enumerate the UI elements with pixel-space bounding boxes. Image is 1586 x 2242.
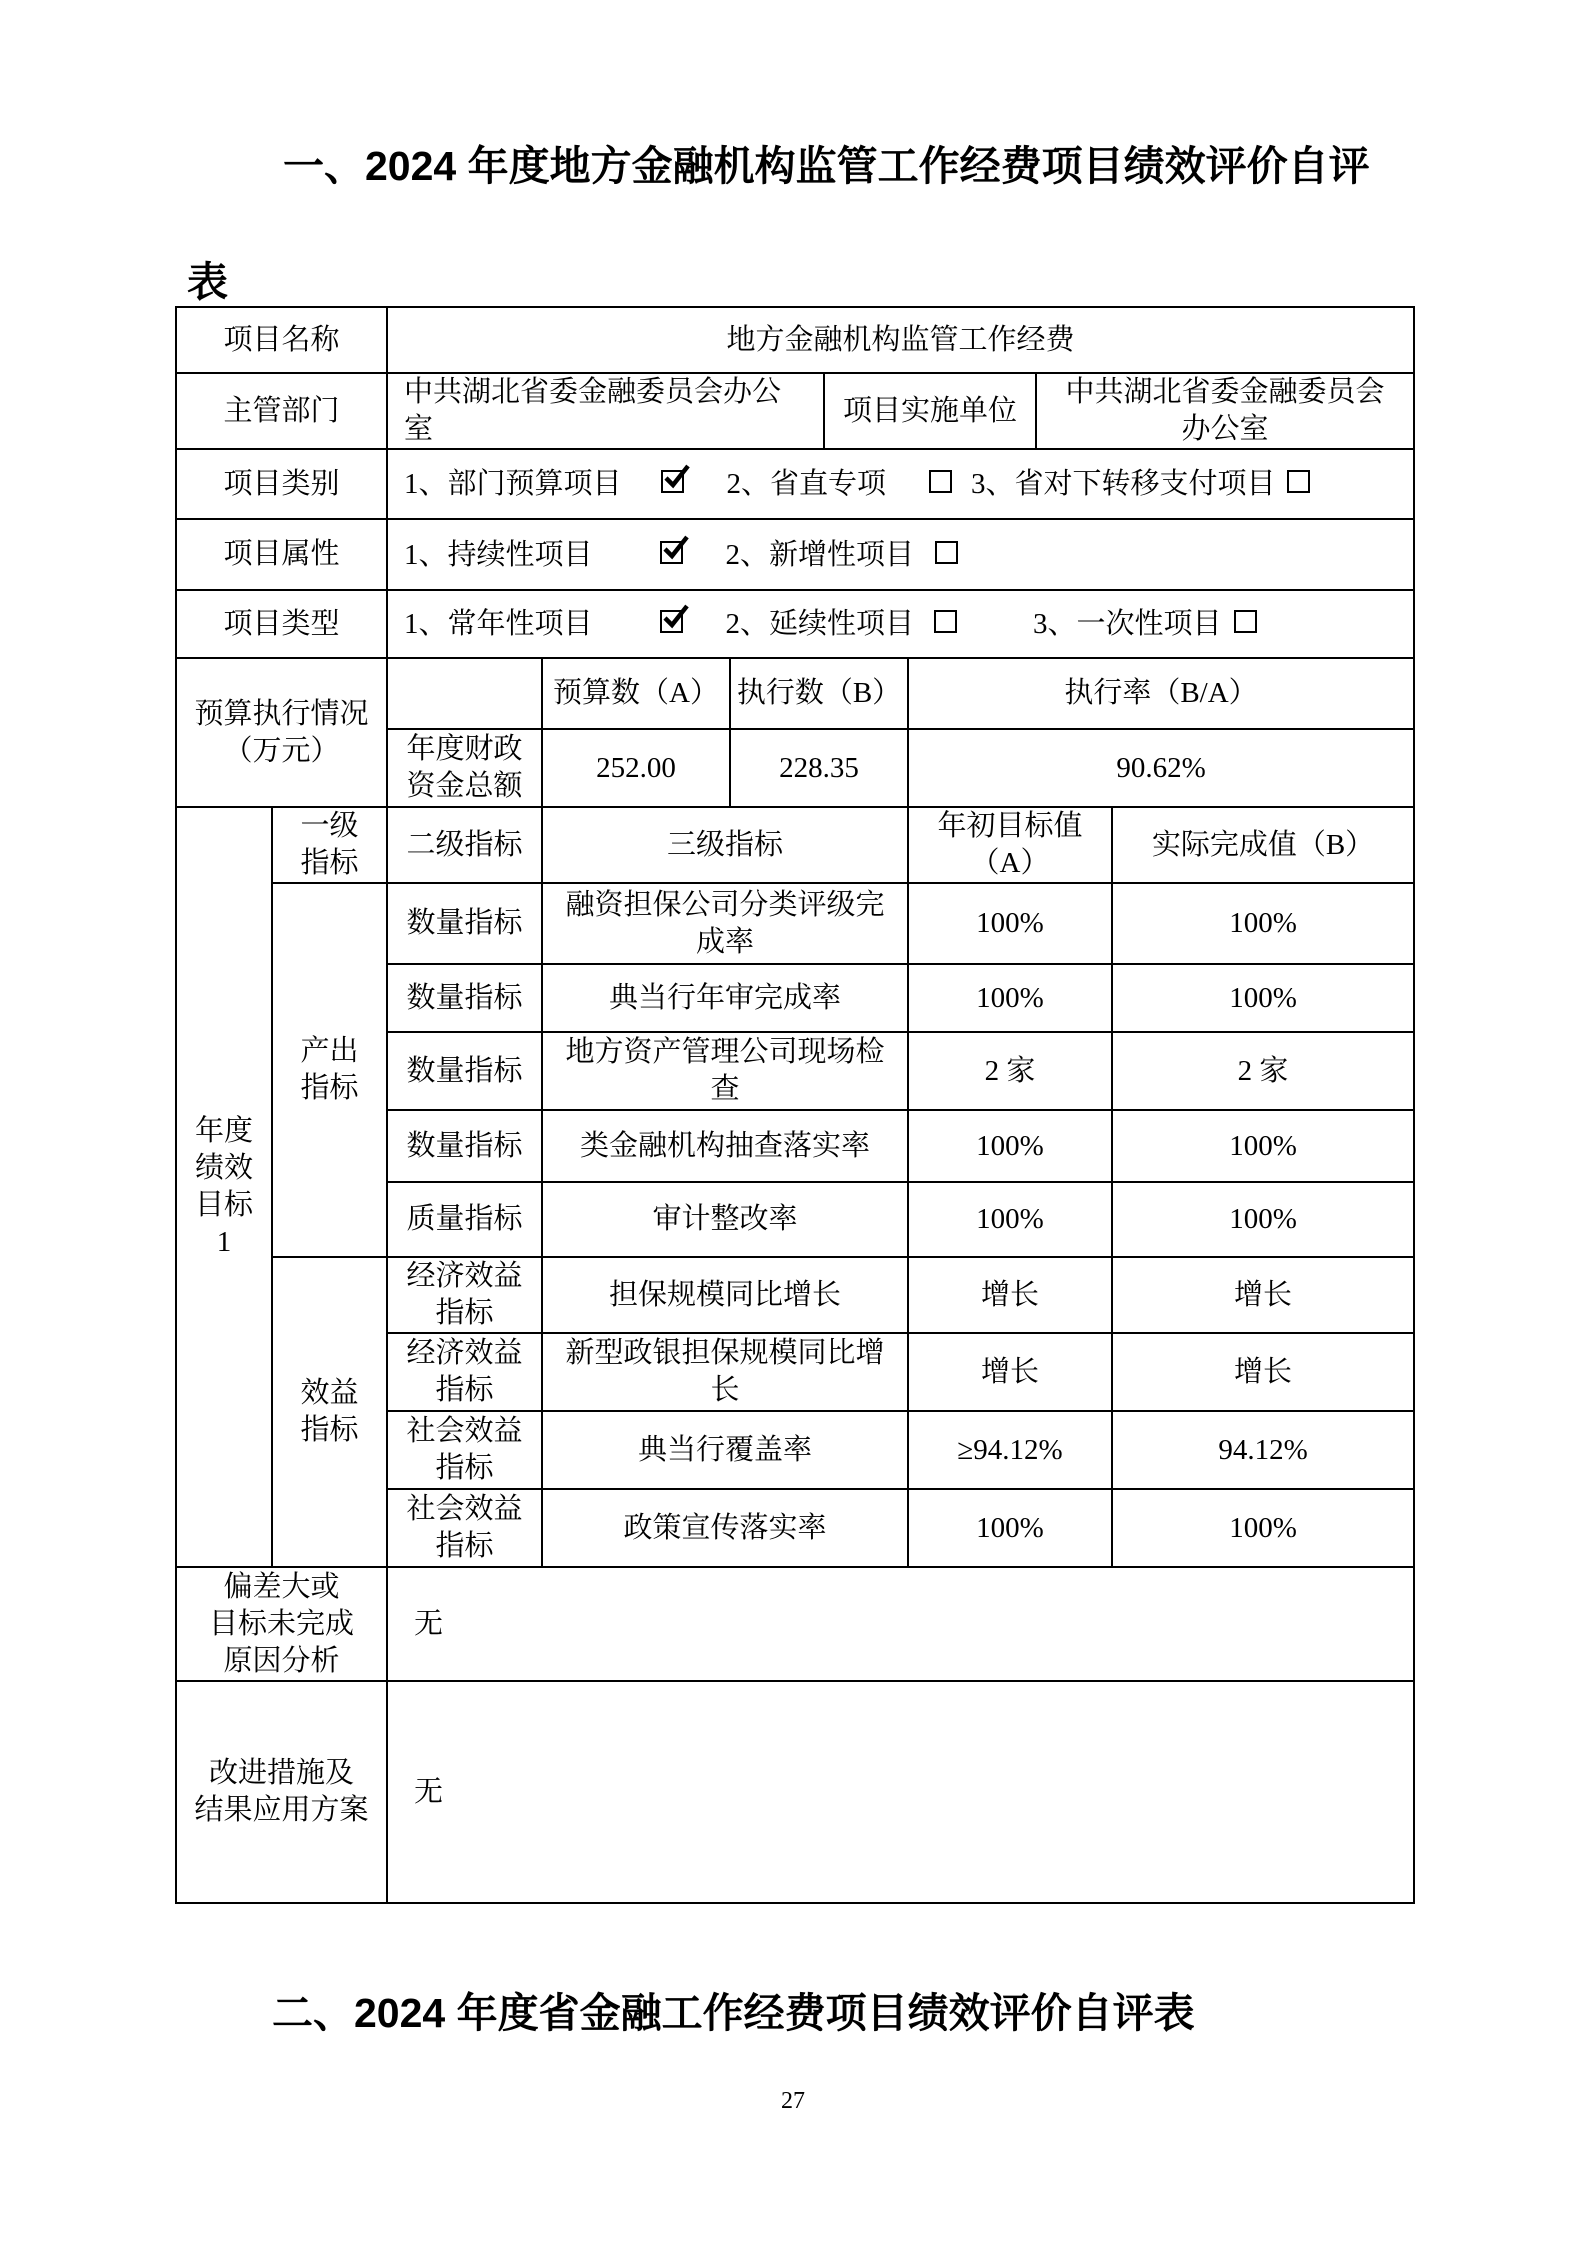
output-indicator-group: 产出 指标 xyxy=(272,883,387,1257)
indicator-l3: 融资担保公司分类评级完 成率 xyxy=(542,883,908,964)
improvement-value: 无 xyxy=(387,1681,1414,1903)
table-row: 年度 绩效 目标 1 一级 指标 二级指标 三级指标 年初目标值 （A） 实际完… xyxy=(176,807,1414,883)
indicator-l2: 数量指标 xyxy=(387,964,542,1032)
indicator-actual: 100% xyxy=(1112,1110,1414,1182)
option-label: 2、新增性项目 xyxy=(726,537,915,574)
indicator-actual: 100% xyxy=(1112,1489,1414,1567)
indicator-l3: 地方资产管理公司现场检 查 xyxy=(542,1032,908,1110)
table-row: 主管部门 中共湖北省委金融委员会办公 室 项目实施单位 中共湖北省委金融委员会 … xyxy=(176,373,1414,449)
indicator-l2: 质量指标 xyxy=(387,1182,542,1257)
project-type-label: 项目类型 xyxy=(176,590,387,658)
target-value-header: 年初目标值 （A） xyxy=(908,807,1112,883)
indicator-l3: 审计整改率 xyxy=(542,1182,908,1257)
checkbox-continuous-project[interactable] xyxy=(660,541,683,564)
indicator-l2: 数量指标 xyxy=(387,1032,542,1110)
indicator-actual: 增长 xyxy=(1112,1333,1414,1411)
indicator-target: 增长 xyxy=(908,1333,1112,1411)
deviation-value: 无 xyxy=(387,1567,1414,1681)
actual-value-header: 实际完成值（B） xyxy=(1112,807,1414,883)
competent-dept-label: 主管部门 xyxy=(176,373,387,449)
project-category-options: 1、部门预算项目2、省直专项3、省对下转移支付项目 xyxy=(387,449,1414,519)
performance-evaluation-table: 项目名称 地方金融机构监管工作经费 主管部门 中共湖北省委金融委员会办公 室 项… xyxy=(175,306,1415,1904)
table-row: 效益 指标 经济效益 指标 担保规模同比增长 增长 增长 xyxy=(176,1257,1414,1333)
indicator-l2: 数量指标 xyxy=(387,1110,542,1182)
project-type-options: 1、常年性项目2、延续性项目3、一次性项目 xyxy=(387,590,1414,658)
indicator-l3: 类金融机构抽查落实率 xyxy=(542,1110,908,1182)
table-row: 预算执行情况 （万元） 预算数（A） 执行数（B） 执行率（B/A） xyxy=(176,658,1414,729)
indicator-target: ≥94.12% xyxy=(908,1411,1112,1489)
indicator-actual: 2 家 xyxy=(1112,1032,1414,1110)
budget-rate-header: 执行率（B/A） xyxy=(908,658,1414,729)
table-row: 产出 指标 数量指标 融资担保公司分类评级完 成率 100% 100% xyxy=(176,883,1414,964)
indicator-l3: 政策宣传落实率 xyxy=(542,1489,908,1567)
budget-section-label: 预算执行情况 （万元） xyxy=(176,658,387,807)
indicator-actual: 100% xyxy=(1112,1182,1414,1257)
indicator-actual: 100% xyxy=(1112,964,1414,1032)
option-label: 1、持续性项目 xyxy=(404,537,593,574)
option-label: 1、部门预算项目 xyxy=(404,466,622,503)
indicator-target: 100% xyxy=(908,883,1112,964)
indicator-target: 100% xyxy=(908,1489,1112,1567)
page-number: 27 xyxy=(0,2088,1586,2115)
option-label: 1、常年性项目 xyxy=(404,606,593,643)
project-name-value: 地方金融机构监管工作经费 xyxy=(387,307,1414,373)
table-row: 项目名称 地方金融机构监管工作经费 xyxy=(176,307,1414,373)
option-label: 3、省对下转移支付项目 xyxy=(971,466,1276,503)
budget-amount-a: 252.00 xyxy=(542,729,730,807)
indicator-l2: 社会效益 指标 xyxy=(387,1489,542,1567)
indicator-l2: 经济效益 指标 xyxy=(387,1333,542,1411)
checkbox-budget-project[interactable] xyxy=(661,470,684,493)
checkbox-one-time-project[interactable] xyxy=(1234,610,1257,633)
budget-empty-cell xyxy=(387,658,542,729)
indicator-l2: 社会效益 指标 xyxy=(387,1411,542,1489)
table-row: 项目类别 1、部门预算项目2、省直专项3、省对下转移支付项目 xyxy=(176,449,1414,519)
budget-col-b-header: 执行数（B） xyxy=(730,658,908,729)
indicator-target: 100% xyxy=(908,964,1112,1032)
project-category-label: 项目类别 xyxy=(176,449,387,519)
deviation-label: 偏差大或 目标未完成 原因分析 xyxy=(176,1567,387,1681)
option-label: 2、省直专项 xyxy=(727,466,887,503)
indicator-l3: 担保规模同比增长 xyxy=(542,1257,908,1333)
benefit-indicator-group: 效益 指标 xyxy=(272,1257,387,1567)
project-name-label: 项目名称 xyxy=(176,307,387,373)
checkbox-continuation-project[interactable] xyxy=(934,610,957,633)
project-attribute-label: 项目属性 xyxy=(176,519,387,590)
checkbox-transfer-payment[interactable] xyxy=(1287,470,1310,493)
option-label: 2、延续性项目 xyxy=(726,606,915,643)
indicator-target: 100% xyxy=(908,1110,1112,1182)
checkbox-provincial-special[interactable] xyxy=(929,470,952,493)
indicator-l3: 新型政银担保规模同比增 长 xyxy=(542,1333,908,1411)
indicator-target: 100% xyxy=(908,1182,1112,1257)
indicator-target: 增长 xyxy=(908,1257,1112,1333)
indicator-l2: 数量指标 xyxy=(387,883,542,964)
option-label: 3、一次性项目 xyxy=(1033,606,1222,643)
table-row: 偏差大或 目标未完成 原因分析 无 xyxy=(176,1567,1414,1681)
checkbox-new-project[interactable] xyxy=(935,541,958,564)
budget-amount-b: 228.35 xyxy=(730,729,908,807)
budget-row-label: 年度财政 资金总额 xyxy=(387,729,542,807)
competent-dept-value: 中共湖北省委金融委员会办公 室 xyxy=(387,373,824,449)
level2-indicator-header: 二级指标 xyxy=(387,807,542,883)
checkbox-perennial-project[interactable] xyxy=(660,610,683,633)
annual-goal-label: 年度 绩效 目标 1 xyxy=(176,807,272,1567)
budget-col-a-header: 预算数（A） xyxy=(542,658,730,729)
table-row: 改进措施及 结果应用方案 无 xyxy=(176,1681,1414,1903)
table-row: 项目类型 1、常年性项目2、延续性项目3、一次性项目 xyxy=(176,590,1414,658)
level1-indicator-header: 一级 指标 xyxy=(272,807,387,883)
improvement-label: 改进措施及 结果应用方案 xyxy=(176,1681,387,1903)
budget-execution-rate: 90.62% xyxy=(908,729,1414,807)
indicator-actual: 94.12% xyxy=(1112,1411,1414,1489)
indicator-actual: 100% xyxy=(1112,883,1414,964)
indicator-l3: 典当行覆盖率 xyxy=(542,1411,908,1489)
level3-indicator-header: 三级指标 xyxy=(542,807,908,883)
implementing-unit-value: 中共湖北省委金融委员会 办公室 xyxy=(1036,373,1414,449)
section-title-2: 二、2024 年度省金融工作经费项目绩效评价自评表 xyxy=(272,1988,1195,2038)
indicator-actual: 增长 xyxy=(1112,1257,1414,1333)
table-row: 项目属性 1、持续性项目2、新增性项目 xyxy=(176,519,1414,590)
project-attribute-options: 1、持续性项目2、新增性项目 xyxy=(387,519,1414,590)
indicator-l2: 经济效益 指标 xyxy=(387,1257,542,1333)
indicator-target: 2 家 xyxy=(908,1032,1112,1110)
indicator-l3: 典当行年审完成率 xyxy=(542,964,908,1032)
implementing-unit-label: 项目实施单位 xyxy=(824,373,1036,449)
